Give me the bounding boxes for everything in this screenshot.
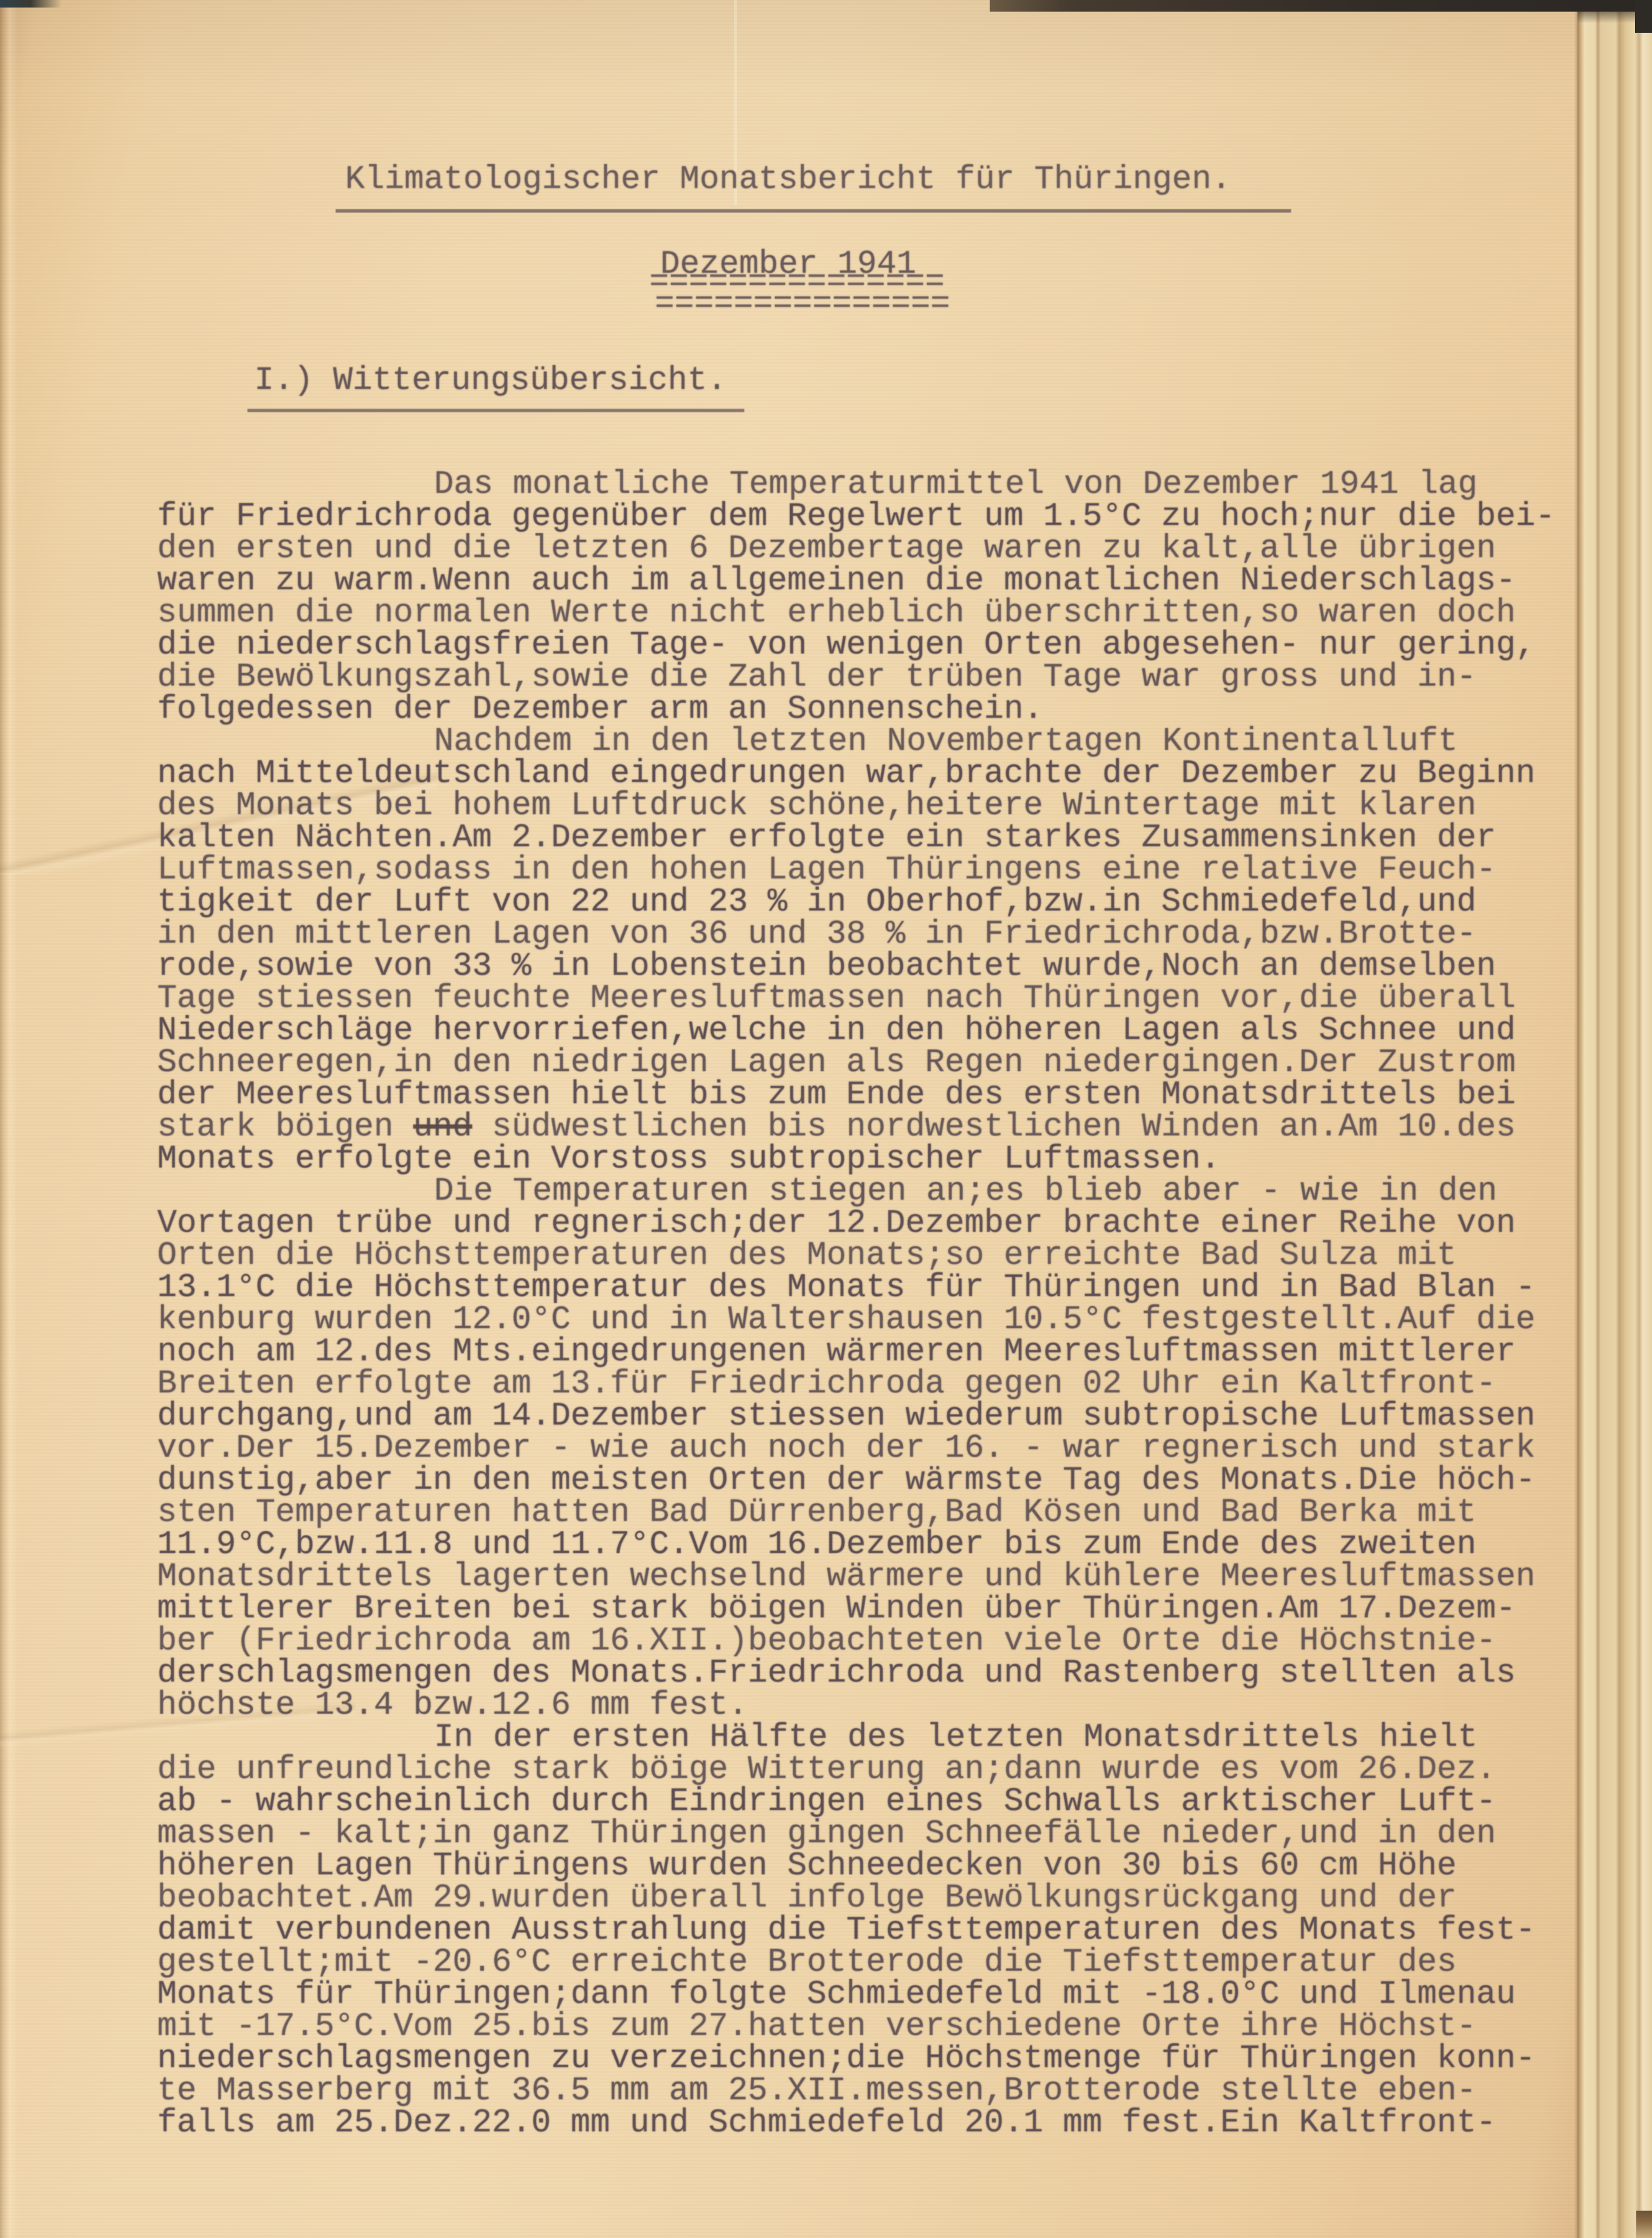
document-page: Klimatologischer Monatsbericht für Thüri… xyxy=(0,0,1577,2238)
scanned-book-page: Klimatologischer Monatsbericht für Thüri… xyxy=(0,0,1652,2238)
text-line: höheren Lagen Thüringens wurden Schneede… xyxy=(157,1850,1555,1883)
book-cover-corner xyxy=(1635,0,1652,33)
text-line: Monats für Thüringen;dann folgte Schmied… xyxy=(157,1979,1555,2011)
text-line: ber (Friedrichroda am 16.XII.)beobachtet… xyxy=(157,1626,1555,1658)
text-line: Monatsdrittels lagerten wechselnd wärmer… xyxy=(157,1561,1555,1593)
struck-word: und xyxy=(413,1109,472,1146)
text-line: Orten die Höchsttemperaturen des Monats;… xyxy=(157,1240,1555,1272)
subtitle-underline-row2: =============== xyxy=(655,294,950,314)
text-line: damit verbundenen Ausstrahlung die Tiefs… xyxy=(157,1915,1555,1947)
text-line: te Masserberg mit 36.5 mm am 25.XII.mess… xyxy=(157,2075,1555,2107)
book-cover-edge-top-left xyxy=(0,0,62,8)
section-heading: I.) Witterungsübersicht. xyxy=(247,364,744,412)
text-line: vor.Der 15.Dezember - wie auch noch der … xyxy=(157,1433,1555,1465)
text-line: derschlagsmengen des Monats.Friedrichrod… xyxy=(157,1658,1555,1690)
text-line: durchgang,und am 14.Dezember stiessen wi… xyxy=(157,1401,1555,1433)
text-line: dunstig,aber in den meisten Orten der wä… xyxy=(157,1465,1555,1497)
text-line: 11.9°C,bzw.11.8 und 11.7°C.Vom 16.Dezemb… xyxy=(157,1529,1555,1561)
text-line: in den mittleren Lagen von 36 und 38 % i… xyxy=(157,919,1555,951)
text-line: der Meeresluftmassen hielt bis zum Ende … xyxy=(157,1079,1555,1111)
text-line: Niederschläge hervorriefen,welche in den… xyxy=(157,1015,1555,1047)
text-line: rode,sowie von 33 % in Lobenstein beobac… xyxy=(157,951,1555,983)
page-stack-right-edge xyxy=(1577,0,1652,2238)
text-line: stark böigen und südwestlichen bis nordw… xyxy=(157,1111,1555,1144)
text-line: Monats erfolgte ein Vorstoss subtropisch… xyxy=(157,1144,1555,1176)
text-line: kalten Nächten.Am 2.Dezember erfolgte ei… xyxy=(157,822,1555,854)
text-line: sten Temperaturen hatten Bad Dürrenberg,… xyxy=(157,1497,1555,1529)
text-line: Vortagen trübe und regnerisch;der 12.Dez… xyxy=(157,1208,1555,1240)
text-line: waren zu warm.Wenn auch im allgemeinen d… xyxy=(157,565,1555,597)
text-line: mittlerer Breiten bei stark böigen Winde… xyxy=(157,1593,1555,1626)
text-line: höchste 13.4 bzw.12.6 mm fest. xyxy=(157,1690,1555,1722)
text-line: Nachdem in den letzten Novembertagen Kon… xyxy=(157,726,1555,758)
text-line: Breiten erfolgte am 13.für Friedrichroda… xyxy=(157,1369,1555,1401)
text-line: des Monats bei hohem Luftdruck schöne,he… xyxy=(157,790,1555,822)
text-line: Tage stiessen feuchte Meeresluftmassen n… xyxy=(157,983,1555,1015)
text-line: 13.1°C die Höchsttemperatur des Monats f… xyxy=(157,1272,1555,1304)
text-line: die Bewölkungszahl,sowie die Zahl der tr… xyxy=(157,662,1555,694)
text-line: ab - wahrscheinlich durch Eindringen ein… xyxy=(157,1786,1555,1818)
text-line: nach Mitteldeutschland eingedrungen war,… xyxy=(157,758,1555,790)
body-text: Das monatliche Temperaturmittel von Deze… xyxy=(157,469,1555,2140)
text-line: Das monatliche Temperaturmittel von Deze… xyxy=(157,469,1555,501)
text-line: die unfreundliche stark böige Witterung … xyxy=(157,1754,1555,1786)
text-line: für Friedrichroda gegenüber dem Regelwer… xyxy=(157,501,1555,533)
text-line: summen die normalen Werte nicht erheblic… xyxy=(157,597,1555,630)
text-line: beobachtet.Am 29.wurden überall infolge … xyxy=(157,1883,1555,1915)
text-line: Schneeregen,in den niedrigen Lagen als R… xyxy=(157,1047,1555,1079)
text-line: tigkeit der Luft von 22 und 23 % in Ober… xyxy=(157,887,1555,919)
text-line: niederschlagsmengen zu verzeichnen;die H… xyxy=(157,2043,1555,2075)
text-line: gestellt;mit -20.6°C erreichte Brotterod… xyxy=(157,1947,1555,1979)
document-title: Klimatologischer Monatsbericht für Thüri… xyxy=(336,163,1291,213)
text-line: noch am 12.des Mts.eingedrungenen wärmer… xyxy=(157,1336,1555,1369)
text-line: die niederschlagsfreien Tage- von wenige… xyxy=(157,630,1555,662)
book-cover-edge-top xyxy=(990,0,1652,12)
text-line: massen - kalt;in ganz Thüringen gingen S… xyxy=(157,1818,1555,1850)
text-line: falls am 25.Dez.22.0 mm und Schmiedefeld… xyxy=(157,2107,1555,2140)
text-line: den ersten und die letzten 6 Dezembertag… xyxy=(157,533,1555,565)
text-line: kenburg wurden 12.0°C und in Waltershaus… xyxy=(157,1304,1555,1336)
page-stack-notch xyxy=(1636,2211,1652,2238)
text-line: Die Temperaturen stiegen an;es blieb abe… xyxy=(157,1176,1555,1208)
text-line: folgedessen der Dezember arm an Sonnensc… xyxy=(157,694,1555,726)
text-line: In der ersten Hälfte des letzten Monatsd… xyxy=(157,1722,1555,1754)
typewritten-text-layer: Klimatologischer Monatsbericht für Thüri… xyxy=(0,0,1577,2238)
text-line: mit -17.5°C.Vom 25.bis zum 27.hatten ver… xyxy=(157,2011,1555,2043)
page-right-edge xyxy=(1574,0,1577,2238)
text-line: Luftmassen,sodass in den hohen Lagen Thü… xyxy=(157,854,1555,887)
